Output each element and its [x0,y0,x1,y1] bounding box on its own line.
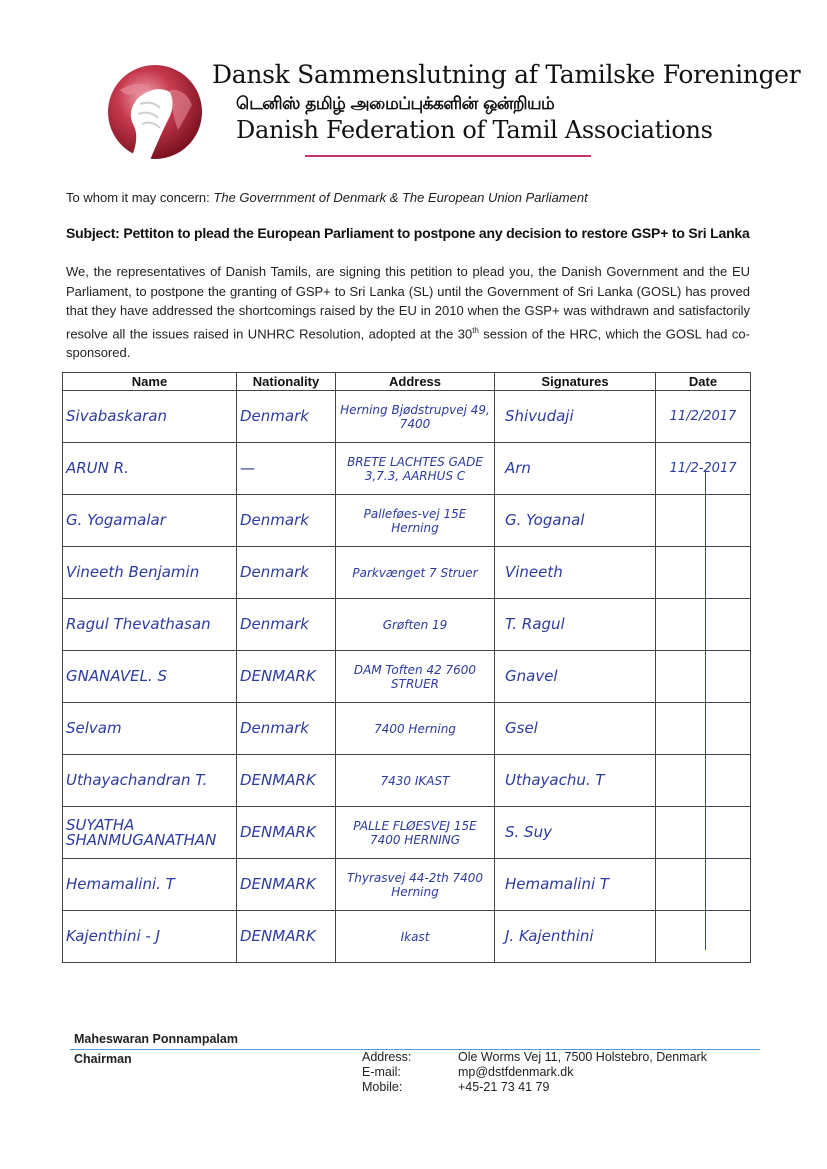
letterhead-tamil-title: டெனிஸ் தமிழ் அமைப்புக்களின் ஒன்றியம் [236,94,554,116]
signer-name: G. Yogamalar [63,495,237,547]
signer-address: Ikast [336,911,495,963]
table-row: GNANAVEL. SDENMARKDAM Toften 42 7600 STR… [63,651,751,703]
signer-date: 11/2/2017 [656,391,751,443]
addressee-line: To whom it may concern: The Goverrnment … [66,190,588,205]
table-row: SivabaskaranDenmarkHerning Bjødstrupvej … [63,391,751,443]
signer-date [656,755,751,807]
table-row: ARUN R.—BRETE LACHTES GADE 3,7.3, AARHUS… [63,443,751,495]
signer-signature: Gnavel [495,651,656,703]
handwritten-ditto-line [705,470,706,950]
signer-signature: Vineeth [495,547,656,599]
signer-date [656,703,751,755]
signer-address: Herning Bjødstrupvej 49, 7400 [336,391,495,443]
signer-address: Parkvænget 7 Struer [336,547,495,599]
signer-date [656,911,751,963]
signer-address: 7400 Herning [336,703,495,755]
contact-labels: Address: E-mail: Mobile: [362,1050,411,1095]
letterhead-danish-title: Dansk Sammenslutning af Tamilske Forenin… [212,60,800,89]
signer-name: GNANAVEL. S [63,651,237,703]
signer-date [656,807,751,859]
table-row: SUYATHA SHANMUGANATHANDENMARKPALLE FLØES… [63,807,751,859]
table-row: Ragul ThevathasanDenmarkGrøften 19T. Rag… [63,599,751,651]
letterhead-underline [305,155,591,157]
signer-name: Sivabaskaran [63,391,237,443]
signer-name: Hemamalini. T [63,859,237,911]
addressee-recipients: The Goverrnment of Denmark & The Europea… [213,190,587,205]
address-value: Ole Worms Vej 11, 7500 Holstebro, Denmar… [458,1050,707,1065]
signer-date [656,859,751,911]
signer-name: Kajenthini - J [63,911,237,963]
signer-nationality: Denmark [237,495,336,547]
signer-signature: Gsel [495,703,656,755]
signer-nationality: Denmark [237,599,336,651]
signer-address: Grøften 19 [336,599,495,651]
table-row: Kajenthini - JDENMARKIkastJ. Kajenthini [63,911,751,963]
table-row: SelvamDenmark7400 HerningGsel [63,703,751,755]
chairman-name: Maheswaran Ponnampalam [74,1032,238,1046]
signer-nationality: — [237,443,336,495]
signer-nationality: DENMARK [237,911,336,963]
signer-name: ARUN R. [63,443,237,495]
signer-address: Thyrasvej 44-2th 7400 Herning [336,859,495,911]
signer-signature: Arn [495,443,656,495]
email-link[interactable]: mp@dstfdenmark.dk [458,1065,707,1080]
signer-date [656,651,751,703]
signer-nationality: DENMARK [237,859,336,911]
address-label: Address: [362,1050,411,1065]
table-header-row: Name Nationality Address Signatures Date [63,373,751,391]
signer-date [656,547,751,599]
header-address: Address [336,373,495,391]
signer-date: 11/2-2017 [656,443,751,495]
signer-nationality: Denmark [237,547,336,599]
mobile-value: +45-21 73 41 79 [458,1080,707,1095]
signer-name: Ragul Thevathasan [63,599,237,651]
email-label: E-mail: [362,1065,411,1080]
signer-name: Vineeth Benjamin [63,547,237,599]
signer-address: Palleføes-vej 15E Herning [336,495,495,547]
table-row: Vineeth BenjaminDenmarkParkvænget 7 Stru… [63,547,751,599]
signer-address: PALLE FLØESVEJ 15E 7400 HERNING [336,807,495,859]
signer-date [656,599,751,651]
signature-table: Name Nationality Address Signatures Date… [62,372,751,963]
signer-signature: T. Ragul [495,599,656,651]
header-signatures: Signatures [495,373,656,391]
signer-nationality: DENMARK [237,755,336,807]
table-row: Uthayachandran T.DENMARK7430 IKASTUthaya… [63,755,751,807]
signer-signature: Shivudaji [495,391,656,443]
subject-line: Subject: Pettiton to plead the European … [66,225,750,241]
header-date: Date [656,373,751,391]
federation-logo-globe-icon [100,60,210,170]
chairman-role: Chairman [74,1052,132,1066]
signer-signature: Uthayachu. T [495,755,656,807]
signer-nationality: Denmark [237,703,336,755]
signer-signature: J. Kajenthini [495,911,656,963]
mobile-label: Mobile: [362,1080,411,1095]
signer-signature: Hemamalini T [495,859,656,911]
signer-name: Selvam [63,703,237,755]
signer-address: BRETE LACHTES GADE 3,7.3, AARHUS C [336,443,495,495]
signer-signature: S. Suy [495,807,656,859]
signer-nationality: Denmark [237,391,336,443]
signer-nationality: DENMARK [237,807,336,859]
ordinal-suffix: th [472,326,479,335]
table-row: Hemamalini. TDENMARKThyrasvej 44-2th 740… [63,859,751,911]
signer-signature: G. Yoganal [495,495,656,547]
letterhead-english-title: Danish Federation of Tamil Associations [236,116,713,144]
addressee-label: To whom it may concern: [66,190,210,205]
contact-values: Ole Worms Vej 11, 7500 Holstebro, Denmar… [458,1050,707,1095]
table-row: G. YogamalarDenmarkPalleføes-vej 15E Her… [63,495,751,547]
signer-name: SUYATHA SHANMUGANATHAN [63,807,237,859]
signer-address: DAM Toften 42 7600 STRUER [336,651,495,703]
header-name: Name [63,373,237,391]
petition-body: We, the representatives of Danish Tamils… [66,262,750,363]
signer-address: 7430 IKAST [336,755,495,807]
header-nationality: Nationality [237,373,336,391]
signature-table-body: SivabaskaranDenmarkHerning Bjødstrupvej … [63,391,751,963]
signer-name: Uthayachandran T. [63,755,237,807]
signer-nationality: DENMARK [237,651,336,703]
signer-date [656,495,751,547]
